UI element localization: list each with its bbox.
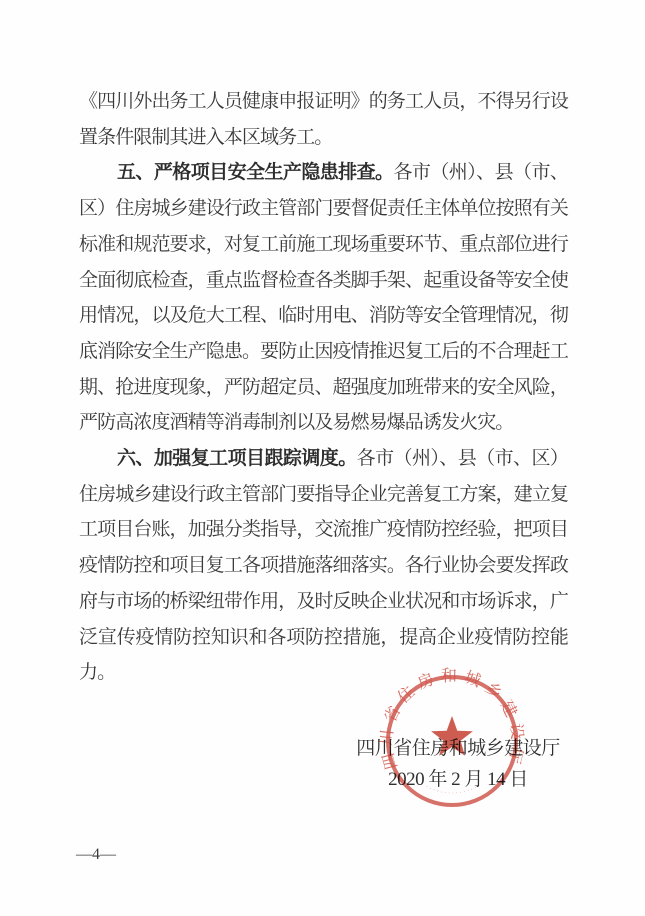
document-page: 《四川外出务工人员健康申报证明》的务工人员，不得另行设置条件限制其进入本区域务工…	[0, 0, 645, 916]
section-5-heading: 五、严格项目安全生产隐患排查。	[117, 162, 393, 183]
paragraph-continuation: 《四川外出务工人员健康申报证明》的务工人员，不得另行设置条件限制其进入本区域务工…	[79, 84, 568, 155]
signature-block: 四川省住房和城乡建设厅 2020 年 2 月 14 日	[350, 733, 566, 795]
page-number: —4—	[76, 846, 116, 864]
paragraph-text: 各市（州）、县（市、区）住房城乡建设行政主管部门要督促责任主体单位按照有关标准和…	[79, 162, 568, 433]
paragraph-text: 《四川外出务工人员健康申报证明》的务工人员，不得另行设置条件限制其进入本区域务工…	[79, 91, 568, 148]
signature-org: 四川省住房和城乡建设厅	[350, 733, 566, 764]
document-body: 《四川外出务工人员健康申报证明》的务工人员，不得另行设置条件限制其进入本区域务工…	[79, 84, 568, 691]
paragraph-section-6: 六、加强复工项目跟踪调度。各市（州）、县（市、区）住房城乡建设行政主管部门要指导…	[79, 441, 568, 691]
section-6-heading: 六、加强复工项目跟踪调度。	[117, 448, 357, 469]
paragraph-section-5: 五、严格项目安全生产隐患排查。各市（州）、县（市、区）住房城乡建设行政主管部门要…	[79, 155, 568, 441]
signature-date: 2020 年 2 月 14 日	[350, 764, 566, 795]
paragraph-text: 各市（州）、县（市、区）住房城乡建设行政主管部门要指导企业完善复工方案，建立复工…	[79, 448, 568, 683]
